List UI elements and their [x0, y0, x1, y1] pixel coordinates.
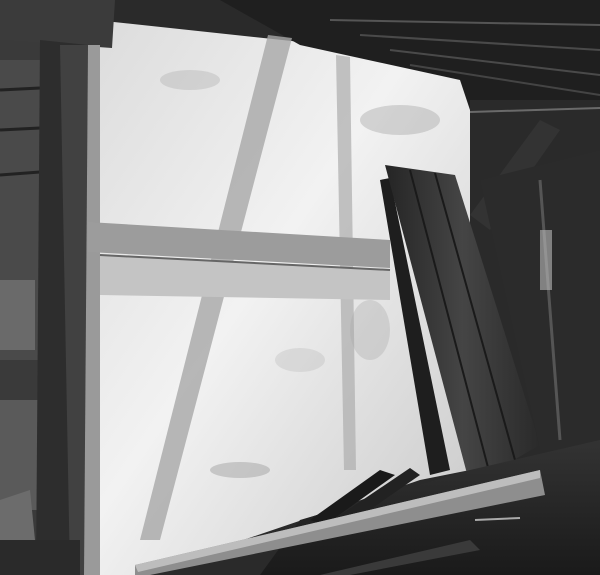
top-lintel	[0, 0, 115, 48]
photo-scene	[0, 0, 600, 575]
photograph: Interior of an old half-timbered wall wi…	[0, 0, 600, 575]
